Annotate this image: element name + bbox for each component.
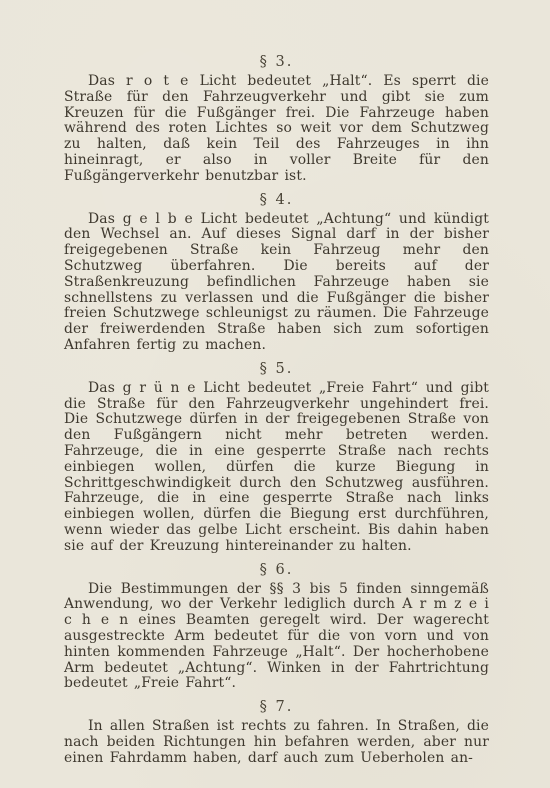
section-par-5: § 5. Das g r ü n e Licht bedeutet „Freie… [64,361,489,555]
section-body: Das r o t e Licht bedeutet „Halt“. Es sp… [64,74,489,185]
section-body: Das g r ü n e Licht bedeutet „Freie Fahr… [64,381,489,555]
section-heading: § 7. [64,699,489,715]
section-heading: § 4. [64,192,489,208]
section-body: In allen Straßen ist rechts zu fahren. I… [64,719,489,766]
section-par-6: § 6. Die Bestimmungen der §§ 3 bis 5 fin… [64,562,489,693]
document-page: § 3. Das r o t e Licht bedeutet „Halt“. … [0,0,550,788]
section-par-4: § 4. Das g e l b e Licht bedeutet „Achtu… [64,192,489,354]
section-heading: § 3. [64,54,489,70]
section-heading: § 6. [64,562,489,578]
section-par-7: § 7. In allen Straßen ist rechts zu fahr… [64,699,489,766]
section-body: Die Bestimmungen der §§ 3 bis 5 finden s… [64,582,489,693]
section-body: Das g e l b e Licht bedeutet „Achtung“ u… [64,212,489,354]
section-heading: § 5. [64,361,489,377]
section-par-3: § 3. Das r o t e Licht bedeutet „Halt“. … [64,54,489,185]
